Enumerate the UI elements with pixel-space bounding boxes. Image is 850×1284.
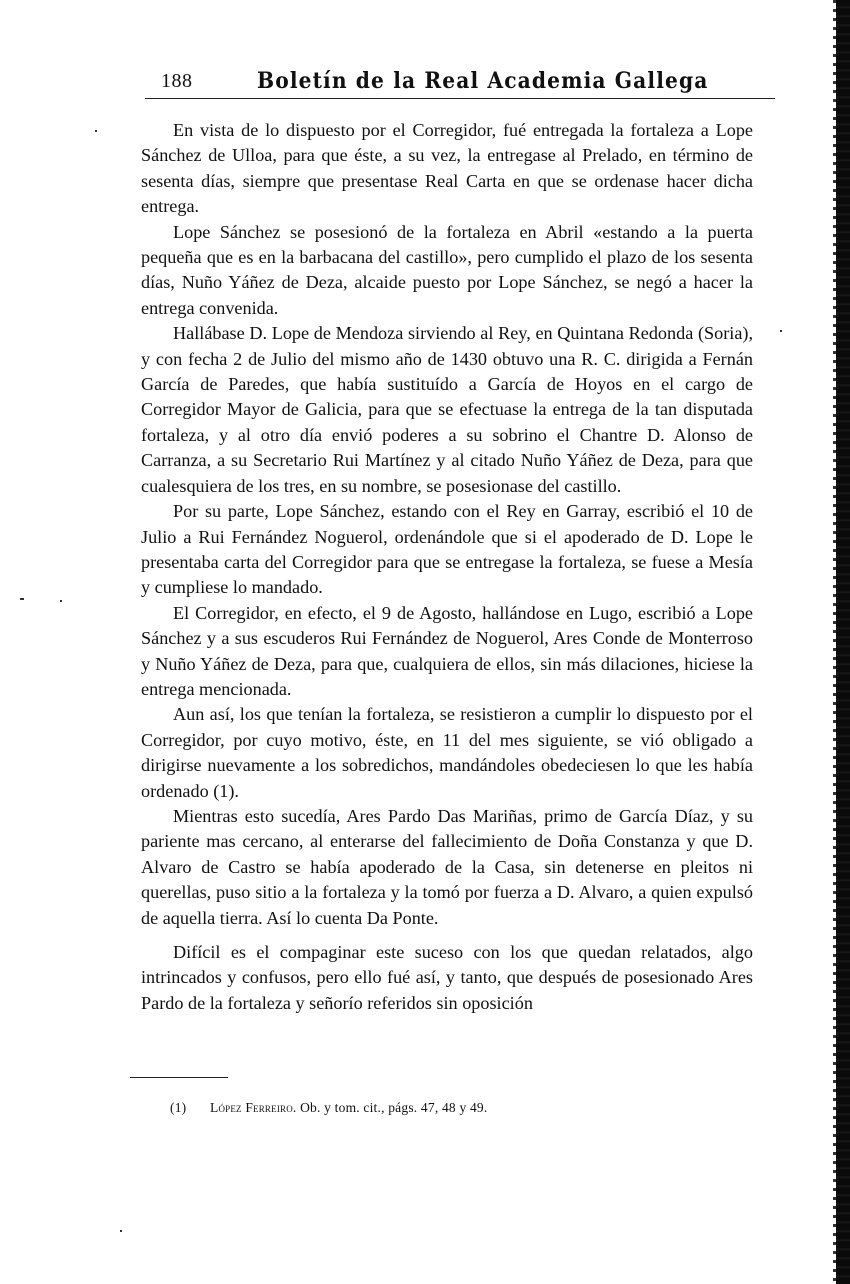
footnote-marker: (1): [170, 1100, 210, 1116]
paragraph: Lope Sánchez se posesionó de la fortalez…: [141, 220, 753, 322]
paragraph: Por su parte, Lope Sánchez, estando con …: [141, 499, 753, 601]
scan-speck: [60, 600, 62, 602]
scan-page-edge: [836, 0, 850, 1284]
paragraph: Aun así, los que tenían la fortaleza, se…: [141, 702, 753, 804]
footnote-citation: Ob. y tom. cit., págs. 47, 48 y 49.: [297, 1100, 488, 1115]
footnote: (1)López Ferreiro. Ob. y tom. cit., págs…: [170, 1100, 487, 1116]
scan-speck: [780, 330, 782, 332]
footnote-author: López Ferreiro.: [210, 1100, 297, 1115]
scan-speck: [20, 598, 24, 600]
paragraph: Difícil es el compaginar este suceso con…: [141, 940, 753, 1016]
scan-speck: [120, 1230, 122, 1232]
paragraph: El Corregidor, en efecto, el 9 de Agosto…: [141, 601, 753, 703]
body-text: En vista de lo dispuesto por el Corregid…: [141, 118, 753, 1016]
paragraph: Hallábase D. Lope de Mendoza sirviendo a…: [141, 321, 753, 499]
paragraph: En vista de lo dispuesto por el Corregid…: [141, 118, 753, 220]
footnote-divider: [130, 1077, 228, 1078]
running-title: Boletín de la Real Academia Gallega: [257, 68, 708, 94]
paragraph: Mientras esto sucedía, Ares Pardo Das Ma…: [141, 804, 753, 931]
page-number: 188: [161, 70, 193, 93]
scan-speck: [95, 130, 97, 132]
page-header: 188 Boletín de la Real Academia Gallega: [145, 66, 775, 99]
